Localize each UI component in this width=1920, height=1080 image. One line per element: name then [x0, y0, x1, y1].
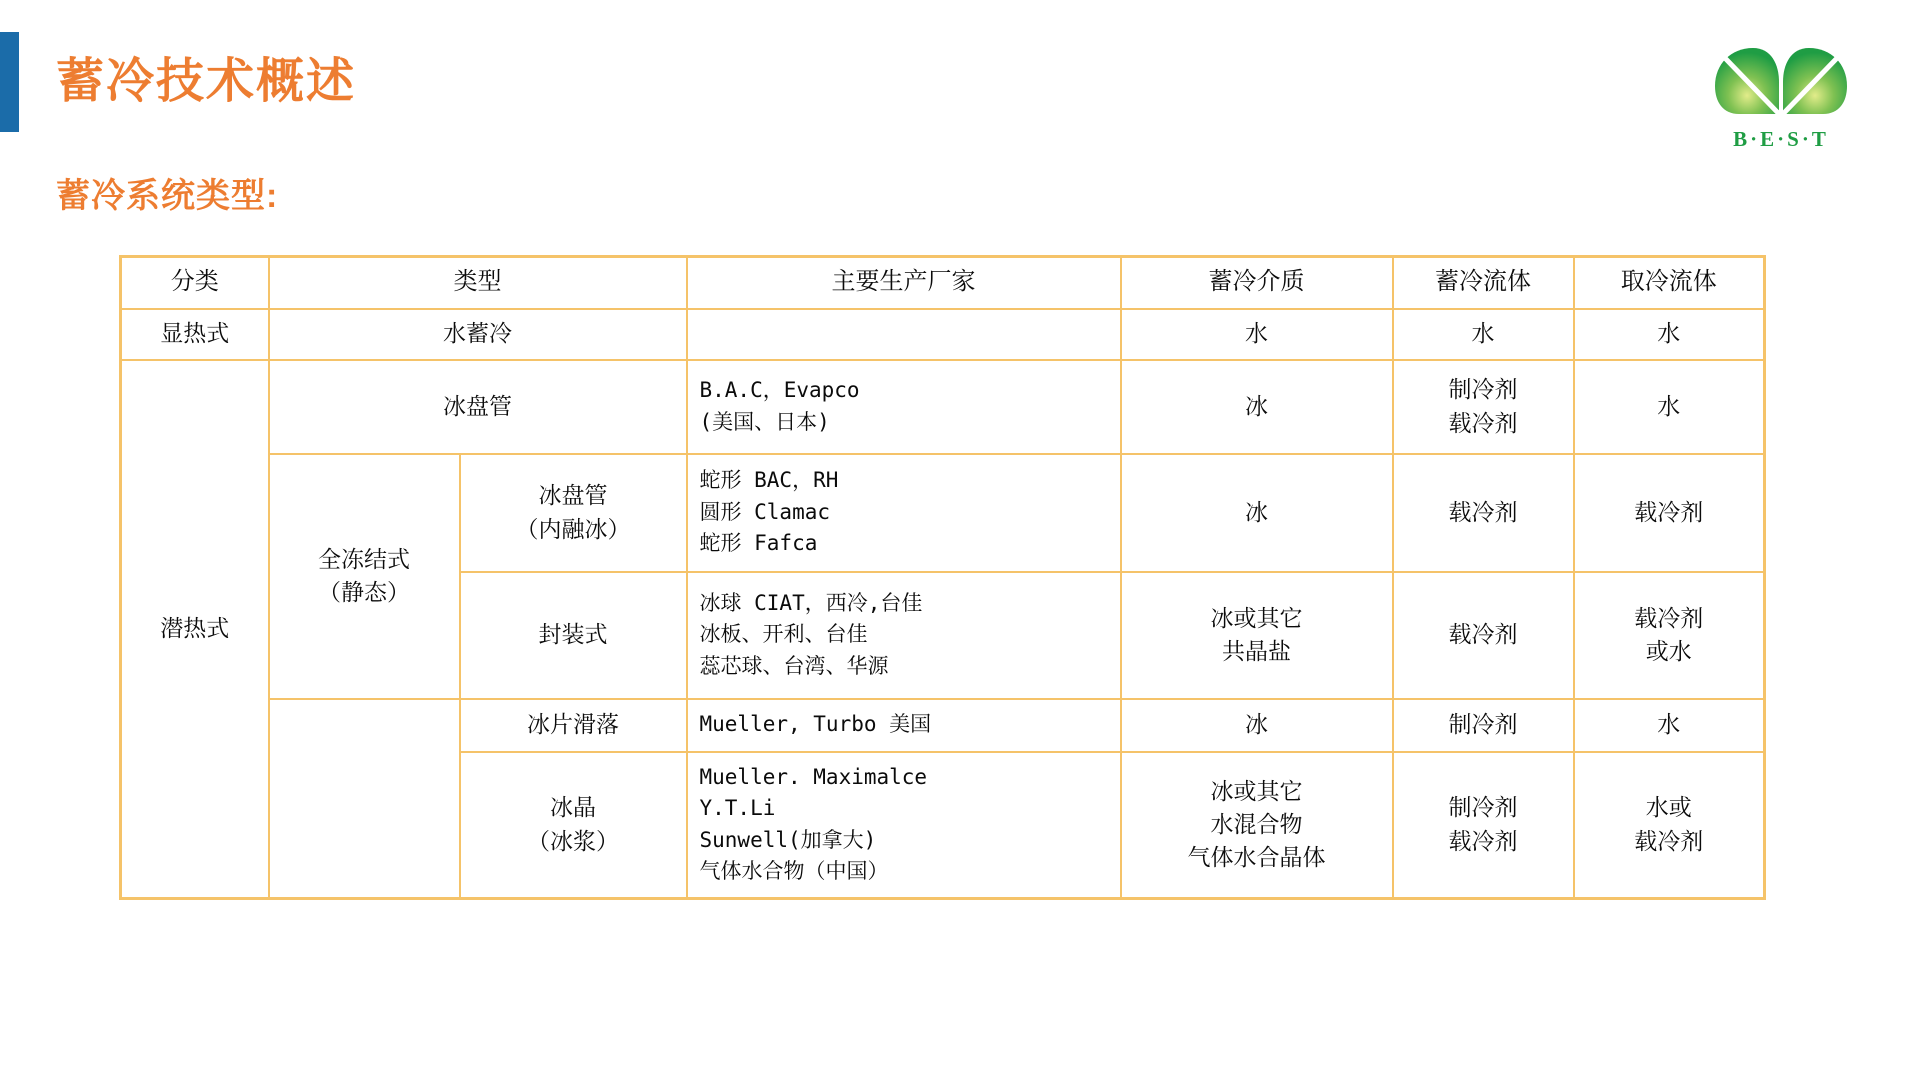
cell-ice-coil-extract-fluid: 水: [1574, 360, 1765, 454]
header-type: 类型: [269, 257, 687, 309]
cell-sensible-medium: 水: [1121, 309, 1393, 360]
page-title: 蓄冷技术概述: [56, 42, 356, 111]
storage-system-type-table: 分类 类型 主要生产厂家 蓄冷介质 蓄冷流体 取冷流体 显热式 水蓄冷 水 水 …: [119, 255, 1766, 900]
cell-sensible-type: 水蓄冷: [269, 309, 687, 360]
header-extract-fluid: 取冷流体: [1574, 257, 1765, 309]
cell-ice-harvest-type: 冰片滑落: [460, 699, 687, 752]
cell-full-freeze-label: 全冻结式 （静态）: [269, 454, 460, 699]
row-ice-harvest: 冰片滑落 Mueller, Turbo 美国 冰 制冷剂 水: [121, 699, 1765, 752]
cell-encapsulated-extract-fluid: 载冷剂 或水: [1574, 572, 1765, 699]
cell-ice-coil-type: 冰盘管: [269, 360, 687, 454]
cell-ice-coil-internal-extract-fluid: 载冷剂: [1574, 454, 1765, 572]
row-sensible: 显热式 水蓄冷 水 水 水: [121, 309, 1765, 360]
cell-ice-harvest-extract-fluid: 水: [1574, 699, 1765, 752]
cell-encapsulated-type: 封装式: [460, 572, 687, 699]
cell-ice-coil-manufacturer: B.A.C，Evapco (美国、日本): [687, 360, 1121, 454]
cell-sensible-extract-fluid: 水: [1574, 309, 1765, 360]
row-ice-coil-internal: 全冻结式 （静态） 冰盘管 （内融冰） 蛇形 BAC，RH 圆形 Clamac …: [121, 454, 1765, 572]
cell-ice-coil-storage-fluid: 制冷剂 载冷剂: [1393, 360, 1574, 454]
cell-ice-coil-internal-storage-fluid: 载冷剂: [1393, 454, 1574, 572]
cell-ice-coil-internal-manufacturer: 蛇形 BAC，RH 圆形 Clamac 蛇形 Fafca: [687, 454, 1121, 572]
cell-sensible-storage-fluid: 水: [1393, 309, 1574, 360]
header-manufacturer: 主要生产厂家: [687, 257, 1121, 309]
header-category: 分类: [121, 257, 269, 309]
cell-ice-coil-internal-medium: 冰: [1121, 454, 1393, 572]
cell-ice-harvest-medium: 冰: [1121, 699, 1393, 752]
cell-encapsulated-manufacturer: 冰球 CIAT，西冷,台佳 冰板、开利、台佳 蕊芯球、台湾、华源: [687, 572, 1121, 699]
cell-ice-coil-medium: 冰: [1121, 360, 1393, 454]
header-storage-fluid: 蓄冷流体: [1393, 257, 1574, 309]
cell-ice-harvest-manufacturer: Mueller, Turbo 美国: [687, 699, 1121, 752]
cell-dynamic-group-empty: [269, 699, 460, 899]
cell-sensible-category: 显热式: [121, 309, 269, 360]
best-logo: B·E·S·T: [1706, 40, 1856, 152]
title-accent-bar: [0, 32, 19, 132]
logo-text: B·E·S·T: [1706, 127, 1856, 152]
cell-ice-coil-internal-type: 冰盘管 （内融冰）: [460, 454, 687, 572]
cell-ice-crystal-extract-fluid: 水或 载冷剂: [1574, 752, 1765, 899]
header-storage-medium: 蓄冷介质: [1121, 257, 1393, 309]
section-subtitle: 蓄冷系统类型:: [56, 168, 278, 217]
cell-encapsulated-storage-fluid: 载冷剂: [1393, 572, 1574, 699]
cell-ice-crystal-manufacturer: Mueller. Maximalce Y.T.Li Sunwell(加拿大) 气…: [687, 752, 1121, 899]
table-header-row: 分类 类型 主要生产厂家 蓄冷介质 蓄冷流体 取冷流体: [121, 257, 1765, 309]
cell-ice-harvest-storage-fluid: 制冷剂: [1393, 699, 1574, 752]
logo-leaves-icon: [1711, 40, 1851, 120]
row-ice-coil: 潜热式 冰盘管 B.A.C，Evapco (美国、日本) 冰 制冷剂 载冷剂 水: [121, 360, 1765, 454]
cell-sensible-manufacturer: [687, 309, 1121, 360]
cell-latent-category: 潜热式: [121, 360, 269, 899]
cell-ice-crystal-medium: 冰或其它 水混合物 气体水合晶体: [1121, 752, 1393, 899]
cell-ice-crystal-storage-fluid: 制冷剂 载冷剂: [1393, 752, 1574, 899]
cell-encapsulated-medium: 冰或其它 共晶盐: [1121, 572, 1393, 699]
cell-ice-crystal-type: 冰晶 （冰浆）: [460, 752, 687, 899]
